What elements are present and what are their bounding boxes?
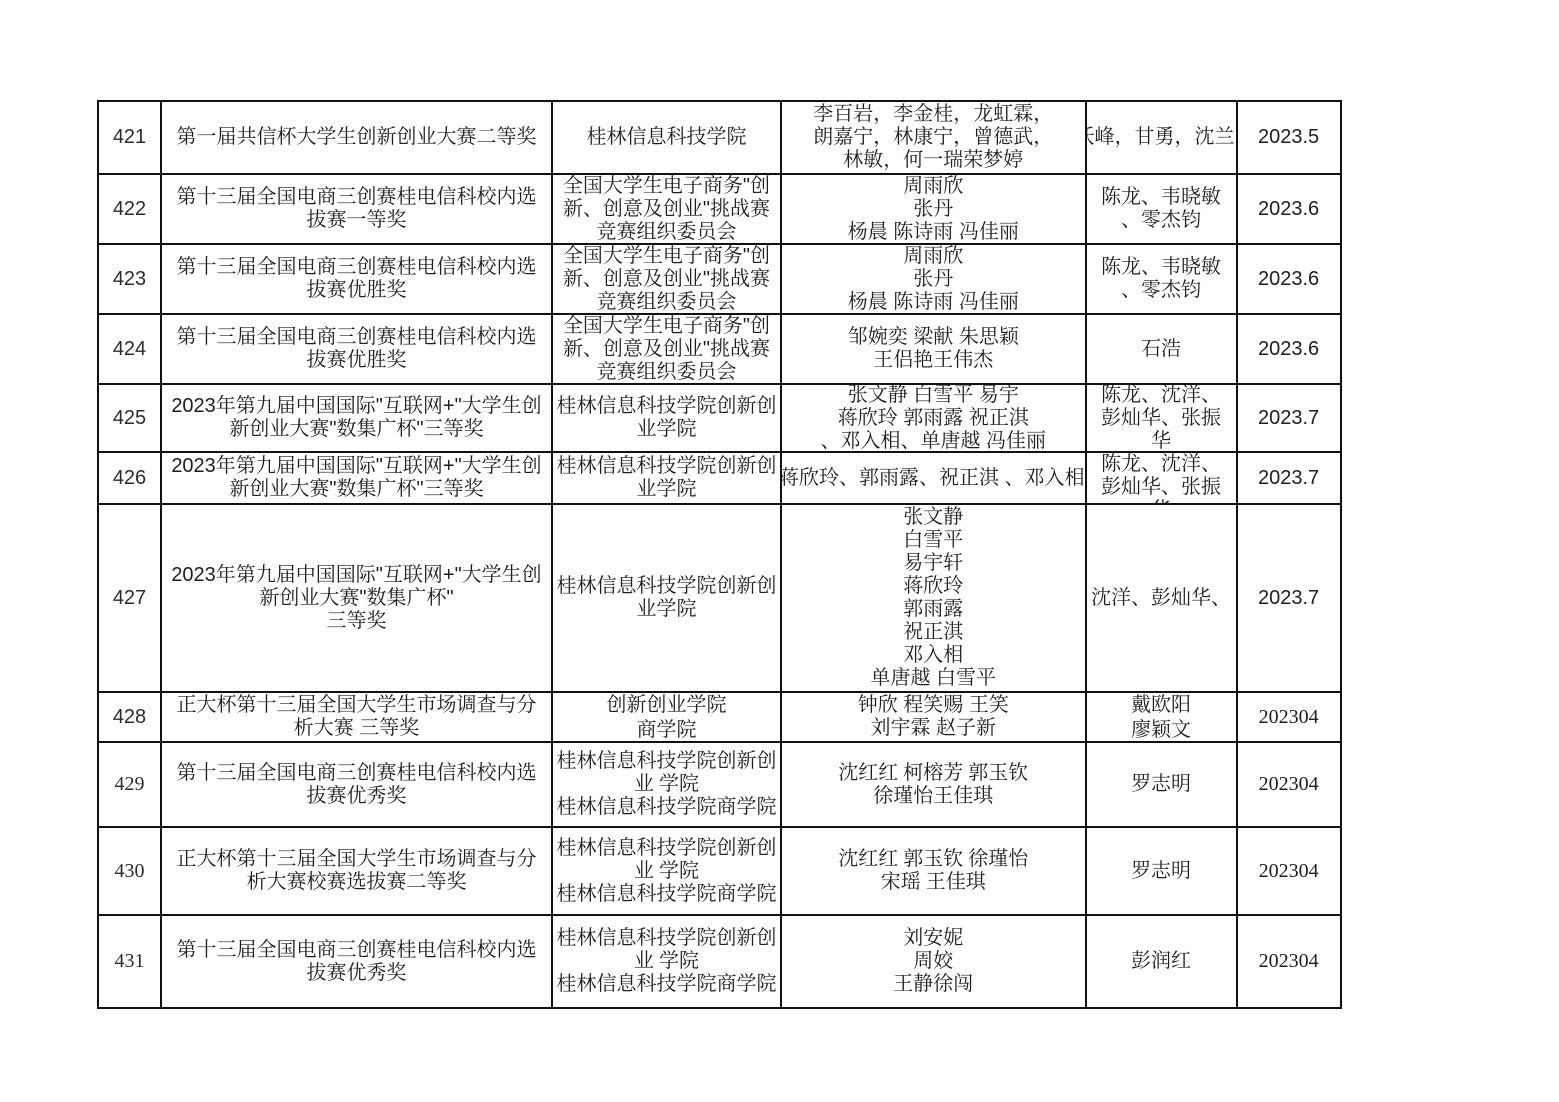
cell-serial: 423 <box>98 244 161 314</box>
award-text: 第十三届全国电商三创赛桂电信科校内选 拔赛优胜奖 <box>162 245 551 313</box>
cell-advisors: 沃峰，甘勇，沈兰 <box>1086 101 1237 174</box>
cell-advisors: 沈洋、彭灿华、 <box>1086 504 1237 692</box>
date-text: 2023.6 <box>1238 245 1340 313</box>
advisors-text: 彭润红 <box>1087 916 1236 1007</box>
cell-award-name: 第十三届全国电商三创赛桂电信科校内选 拔赛优胜奖 <box>161 314 552 384</box>
participants-text: 张文静 白雪平 易宇轩 蒋欣玲 郭雨露 祝正淇 邓入相 单唐越 白雪平 <box>782 505 1085 691</box>
award-text: 2023年第九届中国国际"互联网+"大学生创 新创业大赛"数集广杯"三等奖 <box>162 385 551 451</box>
cell-serial: 429 <box>98 742 161 827</box>
cell-organizer: 全国大学生电子商务"创 新、创意及创业"挑战赛 竞赛组织委员会 <box>552 244 781 314</box>
cell-advisors: 彭润红 <box>1086 915 1237 1008</box>
cell-participants: 蒋欣玲、郭雨露、祝正淇 、邓入相 <box>781 452 1086 504</box>
cell-organizer: 桂林信息科技学院创新创 业学院 <box>552 452 781 504</box>
serial-text: 421 <box>99 102 160 173</box>
cell-advisors: 罗志明 <box>1086 827 1237 915</box>
participants-text: 邹婉奕 梁献 朱思颖 王侣艳王伟杰 <box>782 315 1085 383</box>
table-row: 426 2023年第九届中国国际"互联网+"大学生创 新创业大赛"数集广杯"三等… <box>98 452 1341 504</box>
cell-serial: 428 <box>98 692 161 742</box>
cell-advisors: 石浩 <box>1086 314 1237 384</box>
advisors-text: 陈龙、韦晓敏 、零杰钧 <box>1087 245 1236 313</box>
cell-participants: 刘安妮 周姣 王静徐闯 <box>781 915 1086 1008</box>
advisors-text: 沈洋、彭灿华、 <box>1087 505 1236 691</box>
serial-text: 430 <box>99 828 160 914</box>
organizer-text: 全国大学生电子商务"创 新、创意及创业"挑战赛 竞赛组织委员会 <box>553 315 780 383</box>
table-row: 428 正大杯第十三届全国大学生市场调查与分 析大赛 三等奖 创新创业学院 商学… <box>98 692 1341 742</box>
cell-advisors: 陈龙、沈洋、 彭灿华、张振 华 <box>1086 452 1237 504</box>
serial-text: 426 <box>99 453 160 503</box>
date-text: 2023.7 <box>1238 385 1340 451</box>
table-row: 423 第十三届全国电商三创赛桂电信科校内选 拔赛优胜奖 全国大学生电子商务"创… <box>98 244 1341 314</box>
advisors-text: 石浩 <box>1087 315 1236 383</box>
cell-participants: 沈红红 郭玉钦 徐瑾怡 宋瑶 王佳琪 <box>781 827 1086 915</box>
cell-date: 2023.6 <box>1237 244 1341 314</box>
table-row: 430 正大杯第十三届全国大学生市场调查与分 析大赛校赛选拔赛二等奖 桂林信息科… <box>98 827 1341 915</box>
organizer-text: 全国大学生电子商务"创 新、创意及创业"挑战赛 竞赛组织委员会 <box>553 245 780 313</box>
participants-text: 周雨欣 张丹 杨晨 陈诗雨 冯佳丽 <box>782 245 1085 313</box>
participants-text: 沈红红 柯榕芳 郭玉钦 徐瑾怡王佳琪 <box>782 743 1085 826</box>
cell-participants: 邹婉奕 梁献 朱思颖 王侣艳王伟杰 <box>781 314 1086 384</box>
cell-advisors: 罗志明 <box>1086 742 1237 827</box>
cell-serial: 426 <box>98 452 161 504</box>
cell-serial: 425 <box>98 384 161 452</box>
advisors-text: 沃峰，甘勇，沈兰 <box>1087 102 1236 173</box>
serial-text: 431 <box>99 916 160 1007</box>
advisors-text: 罗志明 <box>1087 743 1236 826</box>
table-row: 429 第十三届全国电商三创赛桂电信科校内选 拔赛优秀奖 桂林信息科技学院创新创… <box>98 742 1341 827</box>
date-text: 2023.6 <box>1238 175 1340 243</box>
cell-organizer: 桂林信息科技学院创新创 业 学院 桂林信息科技学院商学院 <box>552 742 781 827</box>
cell-organizer: 创新创业学院 商学院 <box>552 692 781 742</box>
cell-date: 202304 <box>1237 742 1341 827</box>
serial-text: 427 <box>99 505 160 691</box>
cell-date: 2023.6 <box>1237 314 1341 384</box>
cell-participants: 李百岩，李金桂，龙虹霖， 朗嘉宁，林康宁，曾德武， 林敏，何一瑞荣梦婷 <box>781 101 1086 174</box>
cell-award-name: 第十三届全国电商三创赛桂电信科校内选 拔赛一等奖 <box>161 174 552 244</box>
participants-text: 刘安妮 周姣 王静徐闯 <box>782 916 1085 1007</box>
cell-organizer: 桂林信息科技学院创新创 业学院 <box>552 384 781 452</box>
organizer-text: 桂林信息科技学院创新创 业 学院 桂林信息科技学院商学院 <box>553 828 780 914</box>
advisors-text: 陈龙、沈洋、 彭灿华、张振 华 <box>1087 453 1236 503</box>
table-row: 425 2023年第九届中国国际"互联网+"大学生创 新创业大赛"数集广杯"三等… <box>98 384 1341 452</box>
page-canvas: 421 第一届共信杯大学生创新创业大赛二等奖 桂林信息科技学院 李百岩，李金桂，… <box>0 0 1559 1102</box>
award-text: 第十三届全国电商三创赛桂电信科校内选 拔赛优胜奖 <box>162 315 551 383</box>
cell-advisors: 陈龙、韦晓敏 、零杰钧 <box>1086 244 1237 314</box>
serial-text: 425 <box>99 385 160 451</box>
cell-award-name: 第十三届全国电商三创赛桂电信科校内选 拔赛优秀奖 <box>161 915 552 1008</box>
cell-award-name: 正大杯第十三届全国大学生市场调查与分 析大赛校赛选拔赛二等奖 <box>161 827 552 915</box>
cell-participants: 张文静 白雪平 易宇轩 蒋欣玲 郭雨露 祝正淇 邓入相 单唐越 白雪平 <box>781 504 1086 692</box>
cell-award-name: 第十三届全国电商三创赛桂电信科校内选 拔赛优胜奖 <box>161 244 552 314</box>
cell-date: 2023.6 <box>1237 174 1341 244</box>
table-row: 424 第十三届全国电商三创赛桂电信科校内选 拔赛优胜奖 全国大学生电子商务"创… <box>98 314 1341 384</box>
cell-date: 2023.5 <box>1237 101 1341 174</box>
date-text: 2023.5 <box>1238 102 1340 173</box>
cell-award-name: 2023年第九届中国国际"互联网+"大学生创 新创业大赛"数集广杯" 三等奖 <box>161 504 552 692</box>
award-text: 2023年第九届中国国际"互联网+"大学生创 新创业大赛"数集广杯" 三等奖 <box>162 505 551 691</box>
participants-text: 蒋欣玲、郭雨露、祝正淇 、邓入相 <box>782 453 1085 503</box>
date-text: 202304 <box>1238 828 1340 914</box>
serial-text: 423 <box>99 245 160 313</box>
organizer-text: 创新创业学院 商学院 <box>553 693 780 741</box>
advisors-text: 陈龙、沈洋、 彭灿华、张振 华 <box>1087 385 1236 451</box>
advisors-text: 戴欧阳 廖颖文 <box>1087 693 1236 741</box>
serial-text: 422 <box>99 175 160 243</box>
award-text: 正大杯第十三届全国大学生市场调查与分 析大赛校赛选拔赛二等奖 <box>162 828 551 914</box>
cell-date: 2023.7 <box>1237 504 1341 692</box>
award-text: 第一届共信杯大学生创新创业大赛二等奖 <box>162 102 551 173</box>
participants-text: 周雨欣 张丹 杨晨 陈诗雨 冯佳丽 <box>782 175 1085 243</box>
date-text: 2023.7 <box>1238 505 1340 691</box>
table-row: 431 第十三届全国电商三创赛桂电信科校内选 拔赛优秀奖 桂林信息科技学院创新创… <box>98 915 1341 1008</box>
cell-serial: 424 <box>98 314 161 384</box>
participants-text: 沈红红 郭玉钦 徐瑾怡 宋瑶 王佳琪 <box>782 828 1085 914</box>
date-text: 202304 <box>1238 916 1340 1007</box>
awards-table: 421 第一届共信杯大学生创新创业大赛二等奖 桂林信息科技学院 李百岩，李金桂，… <box>97 100 1342 1009</box>
date-text: 2023.6 <box>1238 315 1340 383</box>
cell-serial: 422 <box>98 174 161 244</box>
cell-organizer: 桂林信息科技学院创新创 业 学院 桂林信息科技学院商学院 <box>552 915 781 1008</box>
table-row: 421 第一届共信杯大学生创新创业大赛二等奖 桂林信息科技学院 李百岩，李金桂，… <box>98 101 1341 174</box>
cell-organizer: 桂林信息科技学院 <box>552 101 781 174</box>
organizer-text: 桂林信息科技学院创新创 业学院 <box>553 385 780 451</box>
cell-serial: 421 <box>98 101 161 174</box>
table-row: 427 2023年第九届中国国际"互联网+"大学生创 新创业大赛"数集广杯" 三… <box>98 504 1341 692</box>
cell-organizer: 桂林信息科技学院创新创 业学院 <box>552 504 781 692</box>
cell-date: 202304 <box>1237 915 1341 1008</box>
organizer-text: 桂林信息科技学院创新创 业 学院 桂林信息科技学院商学院 <box>553 916 780 1007</box>
award-text: 第十三届全国电商三创赛桂电信科校内选 拔赛优秀奖 <box>162 743 551 826</box>
organizer-text: 桂林信息科技学院 <box>553 102 780 173</box>
award-text: 2023年第九届中国国际"互联网+"大学生创 新创业大赛"数集广杯"三等奖 <box>162 453 551 503</box>
cell-participants: 周雨欣 张丹 杨晨 陈诗雨 冯佳丽 <box>781 244 1086 314</box>
organizer-text: 桂林信息科技学院创新创 业学院 <box>553 505 780 691</box>
cell-organizer: 全国大学生电子商务"创 新、创意及创业"挑战赛 竞赛组织委员会 <box>552 314 781 384</box>
cell-award-name: 2023年第九届中国国际"互联网+"大学生创 新创业大赛"数集广杯"三等奖 <box>161 384 552 452</box>
serial-text: 424 <box>99 315 160 383</box>
cell-award-name: 2023年第九届中国国际"互联网+"大学生创 新创业大赛"数集广杯"三等奖 <box>161 452 552 504</box>
participants-text: 钟欣 程笑赐 王笑 刘宇霖 赵子新 <box>782 693 1085 741</box>
participants-text: 李百岩，李金桂，龙虹霖， 朗嘉宁，林康宁，曾德武， 林敏，何一瑞荣梦婷 <box>782 102 1085 173</box>
date-text: 202304 <box>1238 693 1340 741</box>
cell-participants: 钟欣 程笑赐 王笑 刘宇霖 赵子新 <box>781 692 1086 742</box>
cell-award-name: 第一届共信杯大学生创新创业大赛二等奖 <box>161 101 552 174</box>
cell-serial: 430 <box>98 827 161 915</box>
cell-date: 2023.7 <box>1237 384 1341 452</box>
participants-text: 张文静 白雪平 易宇 蒋欣玲 郭雨露 祝正淇 、邓入相、单唐越 冯佳丽 <box>782 385 1085 451</box>
organizer-text: 桂林信息科技学院创新创 业学院 <box>553 453 780 503</box>
cell-participants: 周雨欣 张丹 杨晨 陈诗雨 冯佳丽 <box>781 174 1086 244</box>
cell-organizer: 桂林信息科技学院创新创 业 学院 桂林信息科技学院商学院 <box>552 827 781 915</box>
cell-date: 2023.7 <box>1237 452 1341 504</box>
cell-serial: 431 <box>98 915 161 1008</box>
cell-date: 202304 <box>1237 827 1341 915</box>
serial-text: 428 <box>99 693 160 741</box>
date-text: 202304 <box>1238 743 1340 826</box>
organizer-text: 桂林信息科技学院创新创 业 学院 桂林信息科技学院商学院 <box>553 743 780 826</box>
cell-date: 202304 <box>1237 692 1341 742</box>
award-text: 第十三届全国电商三创赛桂电信科校内选 拔赛一等奖 <box>162 175 551 243</box>
cell-serial: 427 <box>98 504 161 692</box>
cell-advisors: 戴欧阳 廖颖文 <box>1086 692 1237 742</box>
cell-participants: 沈红红 柯榕芳 郭玉钦 徐瑾怡王佳琪 <box>781 742 1086 827</box>
cell-advisors: 陈龙、沈洋、 彭灿华、张振 华 <box>1086 384 1237 452</box>
cell-advisors: 陈龙、韦晓敏 、零杰钧 <box>1086 174 1237 244</box>
cell-award-name: 正大杯第十三届全国大学生市场调查与分 析大赛 三等奖 <box>161 692 552 742</box>
advisors-text: 罗志明 <box>1087 828 1236 914</box>
cell-organizer: 全国大学生电子商务"创 新、创意及创业"挑战赛 竞赛组织委员会 <box>552 174 781 244</box>
cell-participants: 张文静 白雪平 易宇 蒋欣玲 郭雨露 祝正淇 、邓入相、单唐越 冯佳丽 <box>781 384 1086 452</box>
table-row: 422 第十三届全国电商三创赛桂电信科校内选 拔赛一等奖 全国大学生电子商务"创… <box>98 174 1341 244</box>
award-text: 正大杯第十三届全国大学生市场调查与分 析大赛 三等奖 <box>162 693 551 741</box>
cell-award-name: 第十三届全国电商三创赛桂电信科校内选 拔赛优秀奖 <box>161 742 552 827</box>
organizer-text: 全国大学生电子商务"创 新、创意及创业"挑战赛 竞赛组织委员会 <box>553 175 780 243</box>
serial-text: 429 <box>99 743 160 826</box>
date-text: 2023.7 <box>1238 453 1340 503</box>
award-text: 第十三届全国电商三创赛桂电信科校内选 拔赛优秀奖 <box>162 916 551 1007</box>
advisors-text: 陈龙、韦晓敏 、零杰钧 <box>1087 175 1236 243</box>
